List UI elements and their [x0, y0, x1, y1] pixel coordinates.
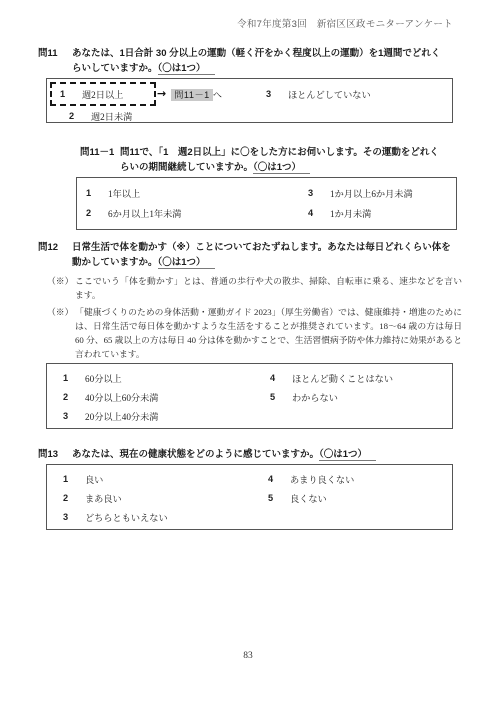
option-label: 良くない — [290, 491, 327, 505]
question-12-text-line1: 日常生活で体を動かす（※）ことについておたずねします。あなたは毎日どれくらい体を — [72, 240, 496, 255]
option-number: 1 — [86, 188, 96, 198]
options-column-2: 4 ほとんど動くことはない 5 わからない — [270, 368, 393, 406]
branch-suffix: へ — [213, 90, 222, 100]
option-number: 5 — [270, 392, 280, 402]
option-1-dashed-box: 1 週2日以上 — [50, 82, 156, 106]
option-number: 3 — [266, 89, 276, 99]
question-13-answer-box: 1 良い 2 まあ良い 3 どちらともいえない 4 あまり良くない 5 良くない — [46, 464, 453, 530]
option-label: わからない — [292, 390, 338, 404]
question-11-option-3: 3 ほとんどしていない — [266, 81, 371, 107]
note-text: ここでいう「体を動かす」とは、普通の歩行や犬の散歩、掃除、自転車に乗る、速歩など… — [75, 274, 462, 302]
option-label: 1か月以上6か月未満 — [330, 186, 413, 200]
note-marker: （※） — [47, 305, 75, 361]
question-11-1-label: 問11－1 — [80, 145, 120, 175]
question-12-note-2: （※） 「健康づくりのための身体活動・運動ガイド 2023」（厚生労働省）では、… — [47, 305, 462, 361]
branch-reference: 問11－1へ — [171, 87, 222, 101]
question-12-note-1: （※） ここでいう「体を動かす」とは、普通の歩行や犬の散歩、掃除、自転車に乗る、… — [47, 274, 462, 302]
option-number: 5 — [268, 493, 278, 503]
question-13-option-4: 4 あまり良くない — [268, 469, 354, 488]
option-label: ほとんど動くことはない — [292, 371, 393, 385]
question-13-heading: 問13 あなたは、現在の健康状態をどのように感じていますか。（〇は1つ） — [38, 447, 496, 462]
question-11-text-line2-body: らいしていますか。 — [72, 63, 158, 74]
question-13-option-3: 3 どちらともいえない — [63, 507, 452, 526]
document-title: 令和7年度第3回 新宿区区政モニターアンケート — [237, 19, 453, 30]
options-column-1: 1 良い 2 まあ良い 3 どちらともいえない — [47, 469, 452, 526]
option-label: 週2日未満 — [91, 109, 132, 123]
option-number: 1 — [63, 474, 73, 484]
option-label: 1か月未満 — [330, 206, 371, 220]
question-13-label: 問13 — [38, 447, 72, 462]
option-label: 良い — [85, 472, 103, 486]
question-12-option-4: 4 ほとんど動くことはない — [270, 368, 393, 387]
option-label: 40分以上60分未満 — [85, 390, 159, 404]
option-number: 2 — [63, 493, 73, 503]
question-11-1-option-4: 4 1か月未満 — [308, 203, 413, 223]
option-number: 1 — [63, 373, 73, 383]
option-number: 4 — [268, 474, 278, 484]
option-number: 3 — [63, 411, 73, 421]
questionnaire-page: 令和7年度第3回 新宿区区政モニターアンケート 問11 あなたは、1日合計 30… — [0, 0, 496, 702]
question-12-label: 問12 — [38, 240, 72, 270]
question-11-label: 問11 — [38, 46, 72, 76]
option-label: 週2日以上 — [82, 87, 123, 101]
question-11-1-answer-box: 1 1年以上 2 6か月以上1年未満 3 1か月以上6か月未満 4 1か月未満 — [76, 177, 457, 230]
branch-arrow-icon: → — [157, 81, 166, 107]
option-number: 4 — [270, 373, 280, 383]
question-11-1-text-line2-body: らいの期間継続していますか。 — [120, 162, 253, 173]
option-number: 3 — [308, 188, 318, 198]
question-12-option-1: 1 60分以上 — [63, 368, 452, 387]
option-label: 1年以上 — [108, 186, 140, 200]
question-11-text-line2: らいしていますか。（〇は1つ） — [72, 61, 496, 76]
question-11-1-text-line2: らいの期間継続していますか。（〇は1つ） — [120, 160, 496, 175]
question-12-heading: 問12 日常生活で体を動かす（※）ことについておたずねします。あなたは毎日どれく… — [38, 240, 496, 270]
question-12-option-2: 2 40分以上60分未満 — [63, 387, 452, 406]
branch-target-highlight: 問11－1 — [171, 89, 213, 101]
option-number: 2 — [63, 392, 73, 402]
note-marker: （※） — [47, 274, 75, 302]
question-13-option-1: 1 良い — [63, 469, 452, 488]
question-13-choice-note: （〇は1つ） — [319, 449, 376, 461]
question-13-text-body: あなたは、現在の健康状態をどのように感じていますか。 — [72, 449, 319, 460]
question-12-option-5: 5 わからない — [270, 387, 393, 406]
document-header: 令和7年度第3回 新宿区区政モニターアンケート — [0, 0, 496, 32]
option-label: まあ良い — [85, 491, 122, 505]
question-11-1-text-line1: 問11で、「1 週2日以上」に〇をした方にお伺いします。その運動をどれく — [120, 145, 496, 160]
question-12-text-line2-body: 動かしていますか。 — [72, 257, 158, 268]
option-label: ほとんどしていない — [288, 87, 371, 101]
option-label: どちらともいえない — [85, 510, 168, 524]
question-11-option-2: 2 週2日未満 — [69, 108, 452, 123]
question-13-option-2: 2 まあ良い — [63, 488, 452, 507]
question-11-choice-note: （〇は1つ） — [158, 63, 215, 75]
question-11-heading: 問11 あなたは、1日合計 30 分以上の運動（軽く汗をかく程度以上の運動）を1… — [38, 46, 496, 76]
option-label: 60分以上 — [85, 371, 122, 385]
question-11-option-row-1: 1 週2日以上 → 問11－1へ 3 ほとんどしていない — [47, 81, 452, 107]
option-label: 20分以上40分未満 — [85, 409, 159, 423]
question-11-answer-box: 1 週2日以上 → 問11－1へ 3 ほとんどしていない 2 週2日未満 — [46, 78, 453, 123]
option-number: 2 — [69, 111, 79, 121]
question-11-1-choice-note: （〇は1つ） — [253, 162, 310, 174]
note-text: 「健康づくりのための身体活動・運動ガイド 2023」（厚生労働省）では、健康維持… — [75, 305, 462, 361]
option-number: 4 — [308, 208, 318, 218]
question-11-text-line1: あなたは、1日合計 30 分以上の運動（軽く汗をかく程度以上の運動）を1週間でど… — [72, 46, 496, 61]
question-12-choice-note: （〇は1つ） — [158, 257, 215, 269]
options-column-2: 3 1か月以上6か月未満 4 1か月未満 — [308, 183, 413, 223]
question-11-1-option-3: 3 1か月以上6か月未満 — [308, 183, 413, 203]
option-label: あまり良くない — [290, 472, 354, 486]
page-number: 83 — [0, 651, 496, 661]
question-12-text-line2: 動かしていますか。（〇は1つ） — [72, 255, 496, 270]
options-column-2: 4 あまり良くない 5 良くない — [268, 469, 354, 507]
option-label: 6か月以上1年未満 — [108, 206, 182, 220]
question-11-1-heading: 問11－1 問11で、「1 週2日以上」に〇をした方にお伺いします。その運動をど… — [80, 145, 496, 175]
question-13-text-line1: あなたは、現在の健康状態をどのように感じていますか。（〇は1つ） — [72, 447, 496, 462]
option-number: 2 — [86, 208, 96, 218]
question-12-option-3: 3 20分以上40分未満 — [63, 406, 452, 425]
option-number: 3 — [63, 512, 73, 522]
question-12-answer-box: 1 60分以上 2 40分以上60分未満 3 20分以上40分未満 4 ほとんど… — [46, 363, 453, 429]
option-number: 1 — [60, 89, 70, 99]
question-13-option-5: 5 良くない — [268, 488, 354, 507]
